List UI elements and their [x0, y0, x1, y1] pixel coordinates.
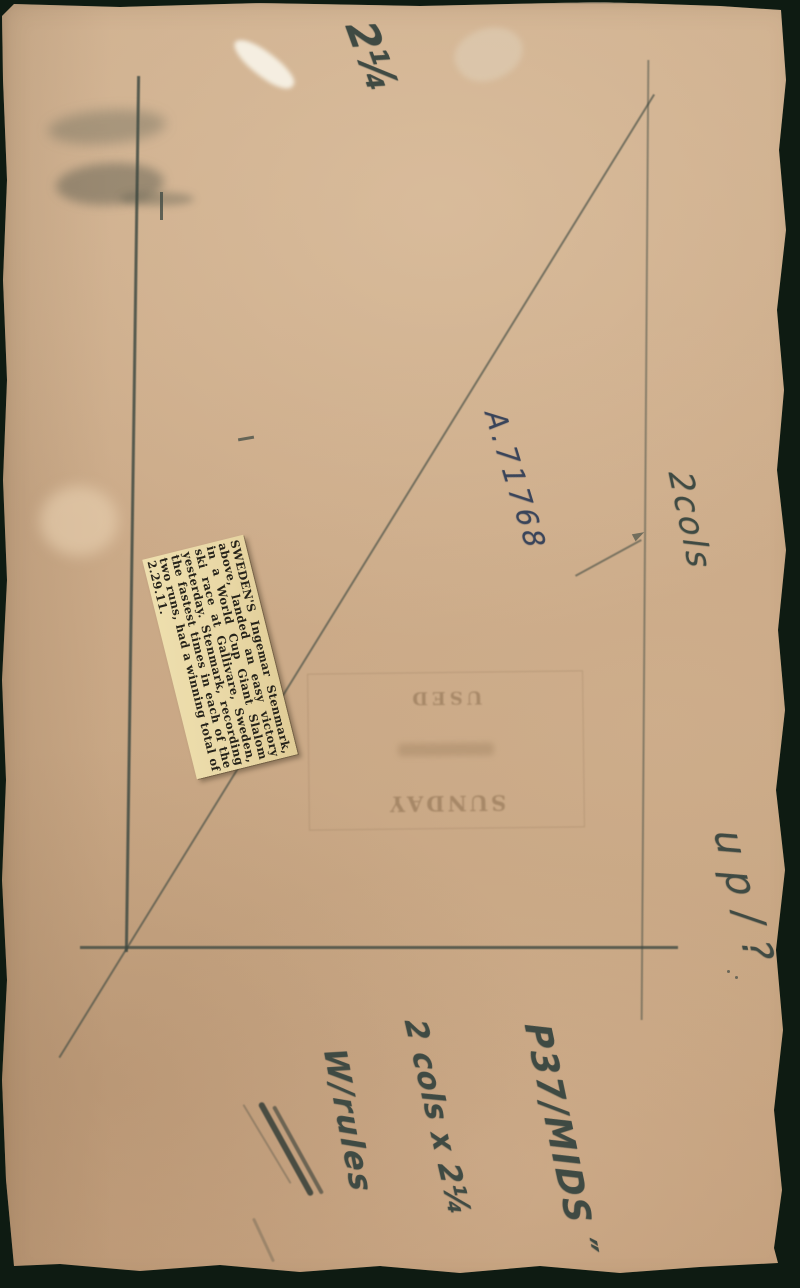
stamp-status-label: USED [408, 687, 482, 709]
handwritten-page-edition-note: P37/MIDS ″ [516, 1022, 606, 1257]
pencil-dot [727, 970, 730, 973]
handwritten-usage-note: up/? [704, 828, 786, 978]
crop-mark-left-line [125, 76, 140, 952]
handwritten-size-note: 2 cols x 2¼ [397, 1018, 477, 1217]
stamp-day-label: SUNDAY [387, 790, 506, 816]
sunday-used-stamp: SUNDAY USED [307, 670, 585, 830]
pencil-dash [238, 436, 254, 441]
graphite-smudge [120, 192, 194, 206]
handwritten-archive-number: A.71768 [477, 408, 552, 554]
scanned-photo-verso: SUNDAY USED SWEDEN'S Ingemar Stenmark,ab… [0, 0, 800, 1288]
photo-card-back: SUNDAY USED SWEDEN'S Ingemar Stenmark,ab… [0, 0, 800, 1288]
eraser-light-spot [40, 486, 118, 556]
pencil-arrow [575, 539, 642, 577]
crop-mark-top-line [0, 0, 662, 3]
handwritten-cols-note: 2cols [661, 470, 721, 571]
white-paint-smudge [229, 32, 300, 97]
emphasis-stroke [258, 1101, 315, 1197]
crop-mark-right-line [641, 60, 650, 1020]
handwritten-size-top: 2¼ [335, 16, 408, 96]
stamp-illegible-line [398, 742, 494, 756]
emphasis-stroke [272, 1105, 324, 1194]
emphasis-stroke [252, 1218, 275, 1263]
handwritten-rules-note: W/rules [315, 1048, 380, 1193]
news-clipping: SWEDEN'S Ingemar Stenmark,above, landed … [142, 535, 298, 779]
graphite-smudge [47, 106, 167, 148]
crop-mark-bottom-line [80, 946, 678, 949]
pencil-tick [160, 192, 163, 220]
white-scratch-smudge [447, 14, 532, 93]
pencil-dot [735, 976, 738, 979]
